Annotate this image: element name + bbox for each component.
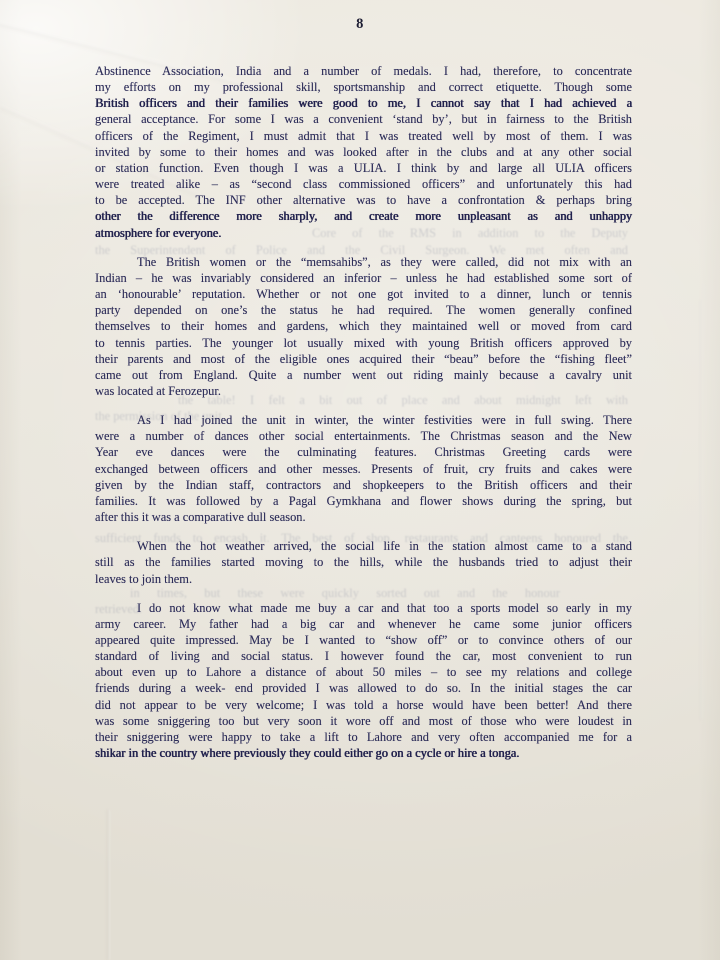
paragraph: The British women or the “memsahibs”, as… bbox=[95, 254, 632, 399]
text-line: exchanged between officers and other mes… bbox=[95, 461, 632, 477]
text-line: my efforts on my professional skill, spo… bbox=[95, 79, 632, 95]
paragraph: Abstinence Association, India and a numb… bbox=[95, 63, 632, 241]
text-line: army career. My father had a big car and… bbox=[95, 616, 632, 632]
text-line: general acceptance. For some I was a con… bbox=[95, 111, 632, 127]
text-line: was located at Ferozepur. bbox=[95, 383, 632, 399]
text-line: their sniggering were happy to take a li… bbox=[95, 729, 632, 745]
text-line: I do not know what made me buy a car and… bbox=[95, 600, 632, 616]
text-line: themselves to their homes and gardens, w… bbox=[95, 318, 632, 334]
text-line: officers of the Regiment, I must admit t… bbox=[95, 128, 632, 144]
text-line: Indian – he was invariably considered an… bbox=[95, 270, 632, 286]
text-line: British officers and their families were… bbox=[95, 95, 632, 111]
text-line: The British women or the “memsahibs”, as… bbox=[95, 254, 632, 270]
text-line: an ‘honourable’ reputation. Whether or n… bbox=[95, 286, 632, 302]
text-line: were treated alike – as “second class co… bbox=[95, 176, 632, 192]
page-number: 8 bbox=[0, 16, 720, 33]
text-line: As I had joined the unit in winter, the … bbox=[95, 412, 632, 428]
paragraph: As I had joined the unit in winter, the … bbox=[95, 412, 632, 525]
text-line: was some sniggering too but very soon it… bbox=[95, 713, 632, 729]
text-line: given by the Indian staff, contractors a… bbox=[95, 477, 632, 493]
text-line: standard of living and social status. I … bbox=[95, 648, 632, 664]
text-line: were a number of dances other social ent… bbox=[95, 428, 632, 444]
text-line: leaves to join them. bbox=[95, 571, 632, 587]
text-line: invited by some to their homes and was l… bbox=[95, 144, 632, 160]
text-line: did not appear to be very welcome; I was… bbox=[95, 697, 632, 713]
text-line: party depended on one’s the status he ha… bbox=[95, 302, 632, 318]
text-line: came out from England. Quite a number we… bbox=[95, 367, 632, 383]
text-line: or station function. Even though I was a… bbox=[95, 160, 632, 176]
paragraph: When the hot weather arrived, the social… bbox=[95, 538, 632, 586]
text-line: about even up to Lahore a distance of ab… bbox=[95, 664, 632, 680]
text-line: to tennis parties. The younger lot usual… bbox=[95, 335, 632, 351]
text-line: friends during a week- end provided I wa… bbox=[95, 680, 632, 696]
text-line: their parents and most of the eligible o… bbox=[95, 351, 632, 367]
text-line: Abstinence Association, India and a numb… bbox=[95, 63, 632, 79]
text-line: atmosphere for everyone. bbox=[95, 225, 632, 241]
text-line: still as the families started moving to … bbox=[95, 554, 632, 570]
text-line: When the hot weather arrived, the social… bbox=[95, 538, 632, 554]
text-line: to be accepted. The INF other alternativ… bbox=[95, 192, 632, 208]
text-line: after this it was a comparative dull sea… bbox=[95, 509, 632, 525]
text-line: shikar in the country where previously t… bbox=[95, 745, 632, 761]
text-line: Year eve dances were the culminating fea… bbox=[95, 444, 632, 460]
page-body: Abstinence Association, India and a numb… bbox=[95, 63, 632, 761]
scanned-document-page: 8 Core of the RMS in addition to the Dep… bbox=[0, 0, 720, 960]
text-line: appeared quite impressed. May be I wante… bbox=[95, 632, 632, 648]
paragraph: I do not know what made me buy a car and… bbox=[95, 600, 632, 762]
text-line: families. It was followed by a Pagal Gym… bbox=[95, 493, 632, 509]
text-line: other the difference more sharply, and c… bbox=[95, 208, 632, 224]
